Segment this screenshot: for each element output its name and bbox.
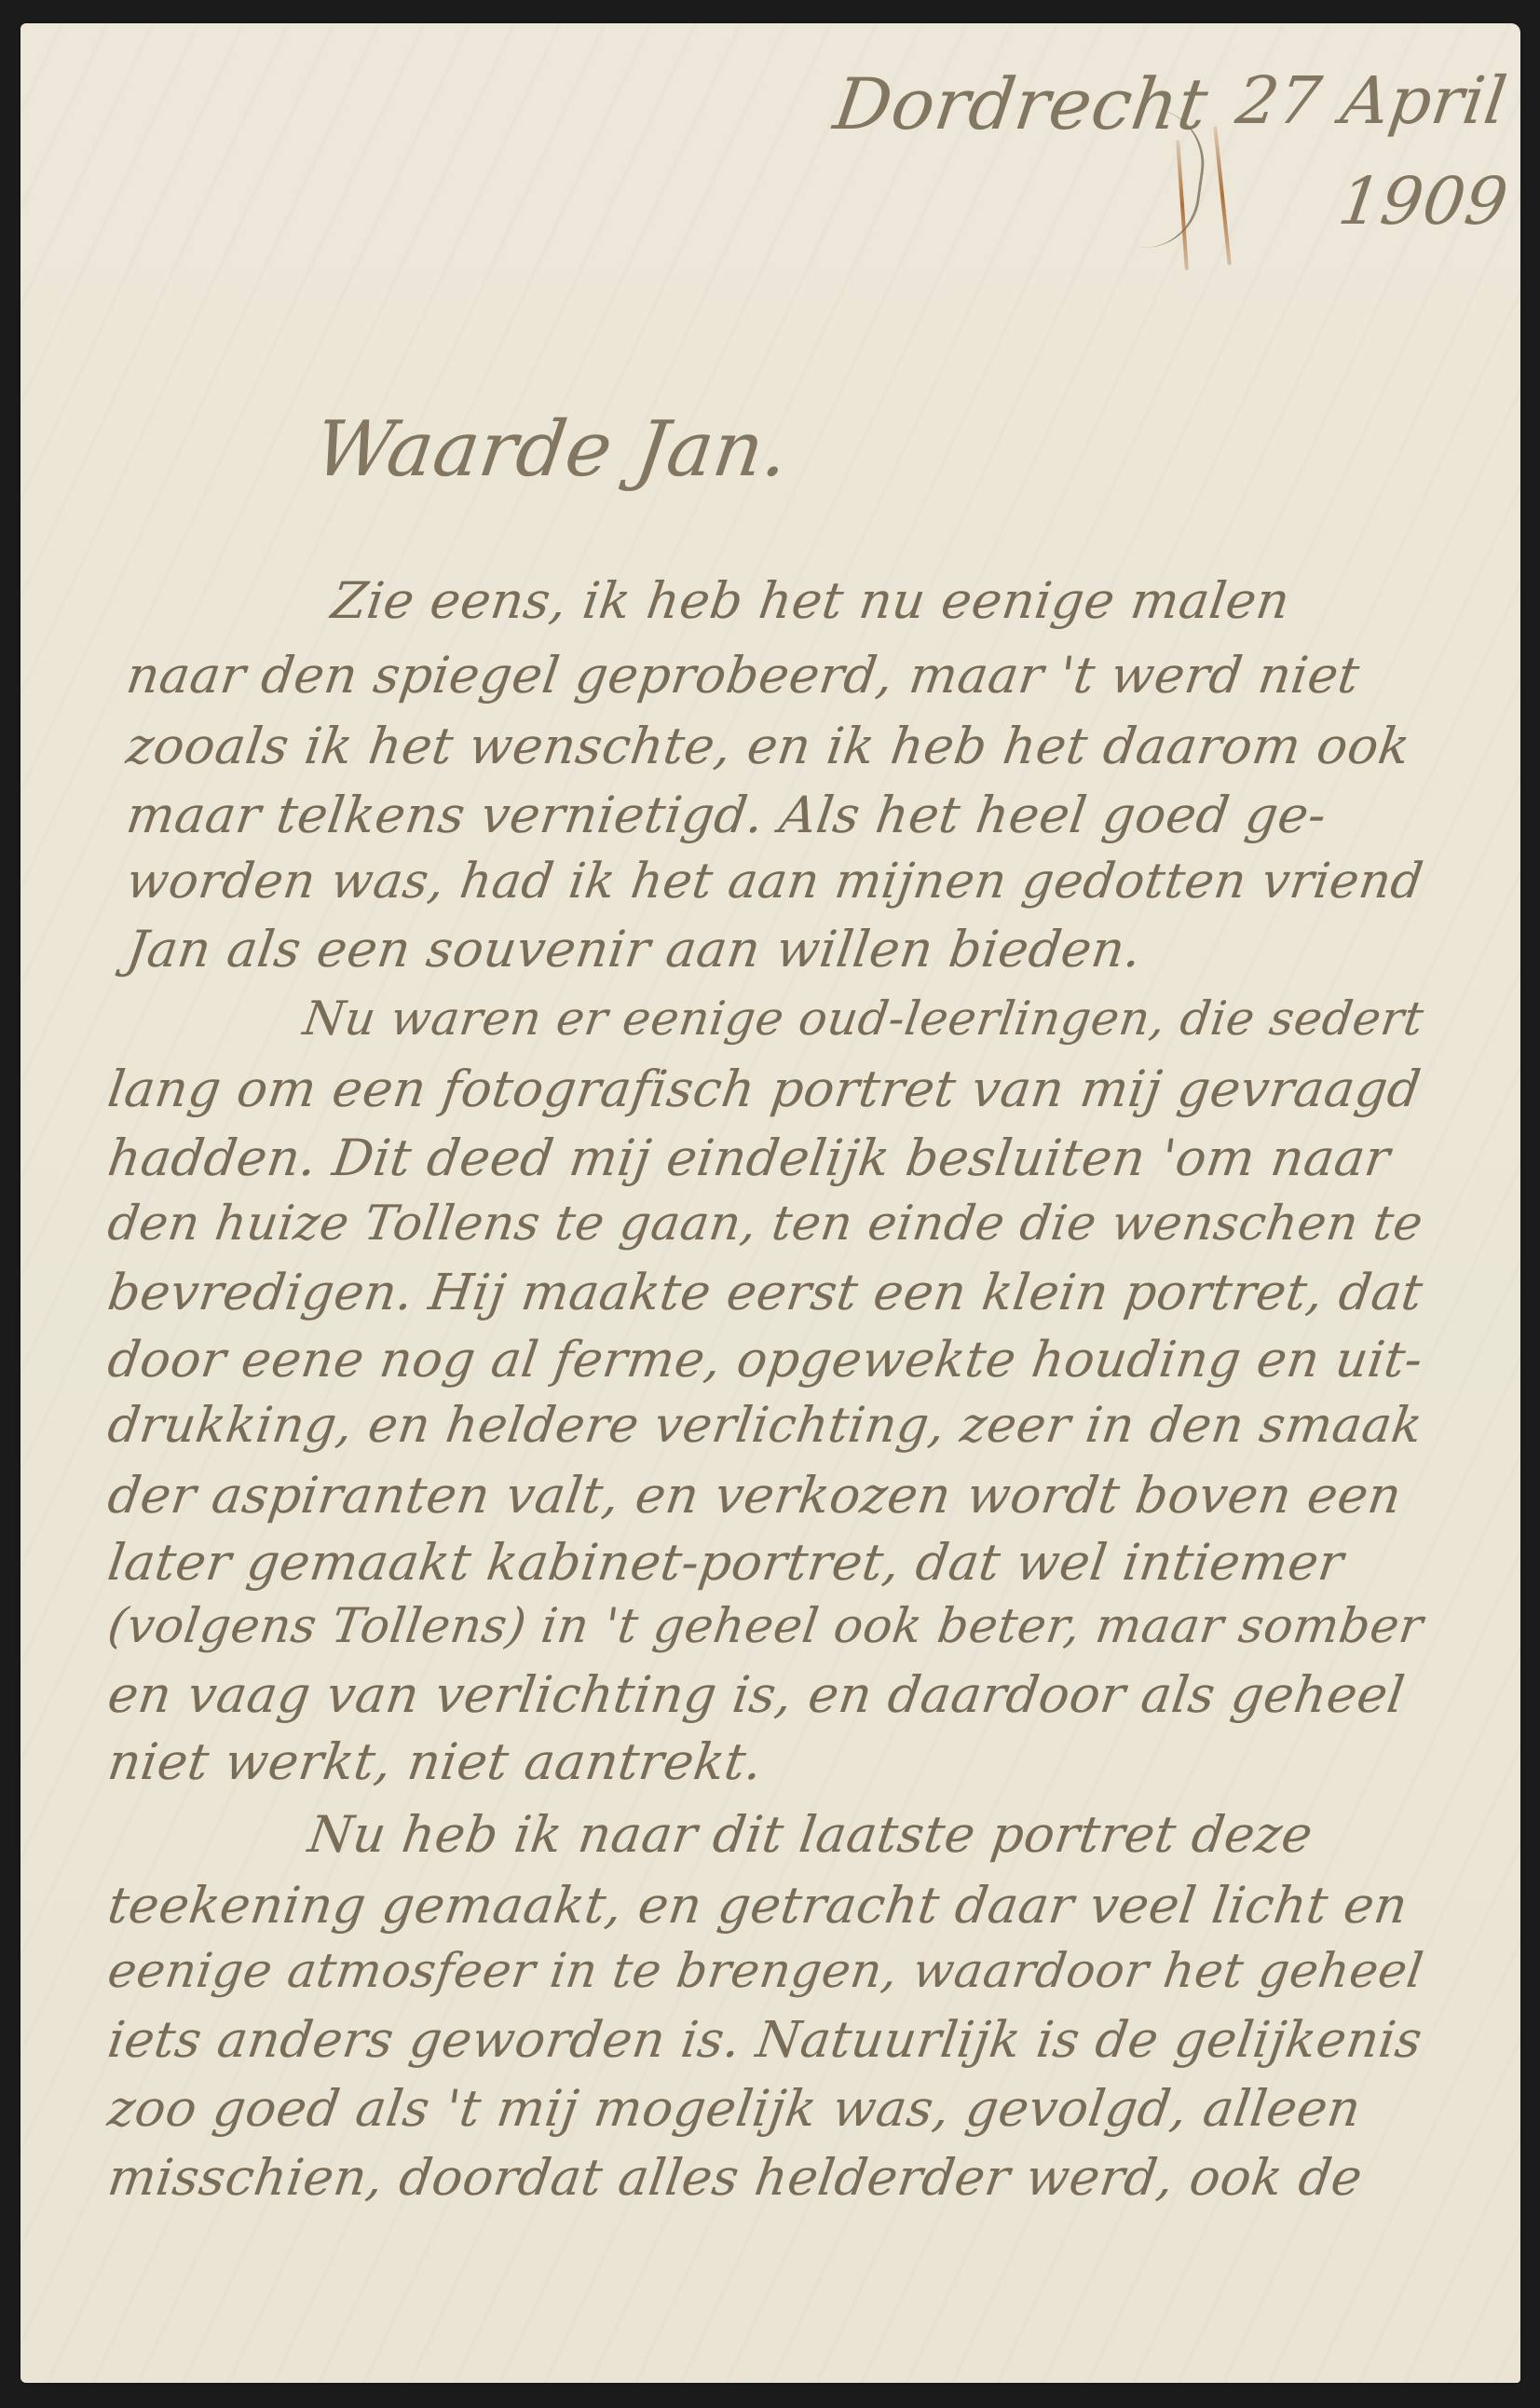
body-line: Zie eens, ik heb het nu eenige malen (328, 571, 1294, 630)
body-line: hadden. Dit deed mij eindelijk besluiten… (104, 1129, 1394, 1187)
body-line: Jan als een souvenir aan willen bieden. (123, 920, 1145, 978)
body-line: eenige atmosfeer in te brengen, waardoor… (104, 1943, 1427, 1999)
letter-place: Dordrecht (829, 62, 1213, 145)
body-line: en vaag van verlichting is, en daardoor … (104, 1665, 1409, 1724)
body-line: bevredigen. Hij maakte eerst een klein p… (104, 1263, 1426, 1321)
salutation: Waarde Jan. (309, 405, 795, 494)
letter-year: 1909 (1334, 163, 1513, 239)
body-line: teekening gemaakt, en getracht daar veel… (104, 1876, 1411, 1935)
body-line: (volgens Tollens) in 't geheel ook beter… (104, 1598, 1426, 1654)
body-line: iets anders geworden is. Natuurlijk is d… (104, 2010, 1426, 2069)
body-line: den huize Tollens te gaan, ten einde die… (104, 1196, 1426, 1252)
body-line: misschien, doordat alles helderder werd,… (104, 2148, 1366, 2207)
body-line: Nu waren er eenige oud-leerlingen, die s… (300, 991, 1427, 1046)
body-line: maar telkens vernietigd. Als het heel go… (123, 786, 1330, 844)
body-line: door eene nog al ferme, opgewekte houdin… (104, 1330, 1426, 1389)
body-line: lang om een fotografisch portret van mij… (104, 1060, 1424, 1118)
body-line: naar den spiegel geprobeerd, maar 't wer… (123, 646, 1363, 705)
body-line: Nu heb ik naar dit laatste portret deze (305, 1805, 1316, 1864)
body-line: zoo goed als 't mij mogelijk was, gevolg… (104, 2079, 1365, 2138)
body-line: niet werkt, niet aantrekt. (104, 1732, 767, 1791)
letter-date: 27 April (1232, 62, 1511, 139)
body-line: der aspiranten valt, en verkozen wordt b… (104, 1466, 1405, 1525)
letter-page: Dordrecht 27 April 1909 Waarde Jan. Zie … (20, 23, 1520, 2383)
body-line: later gemaakt kabinet-portret, dat wel i… (104, 1533, 1347, 1592)
body-line: worden was, had ik het aan mijnen gedott… (123, 853, 1427, 910)
rust-stain (1213, 126, 1232, 266)
body-line: drukking, en heldere verlichting, zeer i… (104, 1397, 1426, 1454)
body-line: zooals ik het wenschte, en ik heb het da… (123, 717, 1414, 775)
